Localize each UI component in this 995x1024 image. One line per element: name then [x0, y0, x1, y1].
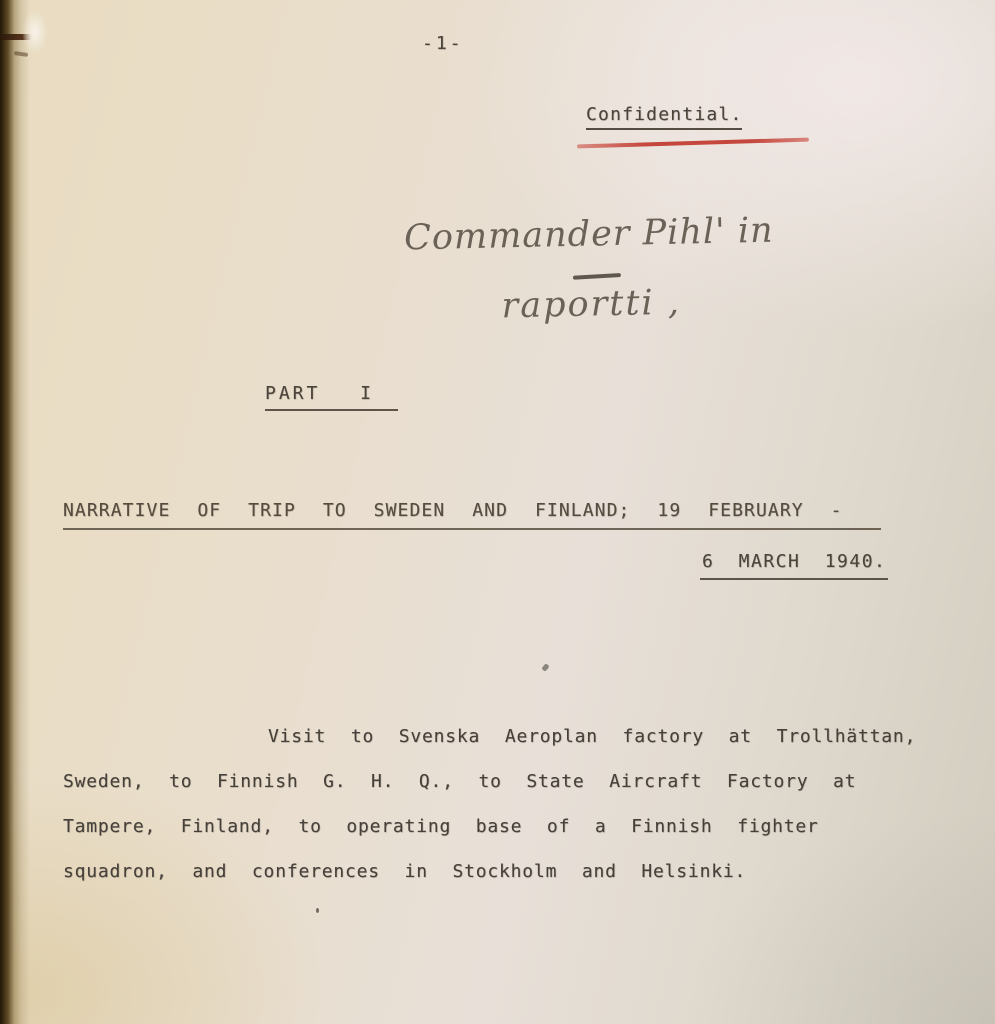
handwritten-dash	[573, 273, 621, 280]
page-number: -1-	[422, 33, 464, 54]
paragraph-line: Visit to Svenska Aeroplan factory at Tro…	[63, 714, 953, 759]
paragraph-line: squadron, and conferences in Stockholm a…	[63, 849, 953, 894]
classification-stamp: Confidential.	[586, 104, 742, 130]
handwritten-line-2: raportti ,	[501, 283, 681, 327]
paper-blemish	[22, 10, 48, 54]
paragraph-line: Tampere, Finland, to operating base of a…	[63, 804, 953, 849]
handwritten-annotation: Commander Pihl' in raportti ,	[404, 210, 827, 349]
paragraph-line: Sweden, to Finnish G. H. Q., to State Ai…	[63, 759, 953, 804]
page-binding-edge	[0, 0, 30, 1024]
document-title-line-1: NARRATIVE OF TRIP TO SWEDEN AND FINLAND;…	[63, 500, 881, 530]
handwritten-line-1: Commander Pihl' in	[404, 211, 774, 259]
scanned-document-page: -1- Confidential. Commander Pihl' in rap…	[0, 0, 995, 1024]
summary-paragraph: Visit to Svenska Aeroplan factory at Tro…	[63, 714, 953, 894]
paper-speck	[316, 908, 319, 913]
part-heading: PART I	[265, 383, 398, 411]
document-title-line-2: 6 MARCH 1940.	[700, 551, 888, 580]
